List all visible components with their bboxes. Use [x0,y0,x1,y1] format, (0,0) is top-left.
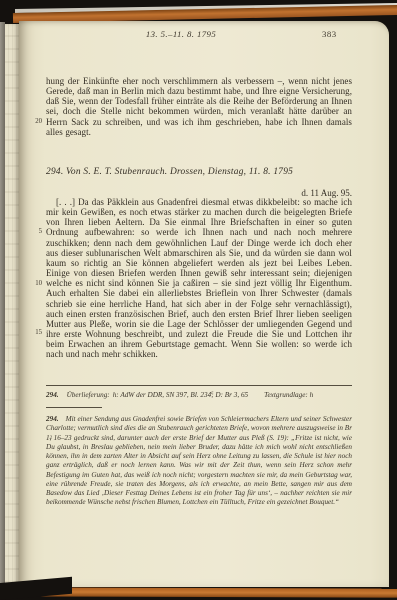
apparatus-folio-superscript: r [211,391,213,396]
footnote-edition-superscript: 2 [50,434,53,443]
letter-heading: 294. Von S. E. T. Stubenrauch. Drossen, … [46,167,352,177]
apparatus-textgrundlage: Textgrundlage: h [264,391,313,399]
editorial-footnote: 294.Mit einer Sendung aus Gnadenfrei sow… [46,415,352,508]
margin-line-number-10: 10 [25,280,42,287]
page-block-edges-left [5,24,19,583]
book-page: 13. 5.–11. 8. 1795 383 20 hung der Einkü… [19,21,389,587]
footnote-text-continued: , 16–23 gedruckt sind, darunter auch der… [46,434,352,507]
apparatus-source: h: AdW der DDR, SN 397, Bl. 234 [113,391,212,399]
margin-line-number-5: 5 [25,228,42,235]
footnote-letter-number: 294. [46,415,59,423]
apparatus-letter-number: 294. [46,391,59,399]
book-photo-scene: { "book_page": { "running_header": "13. … [0,0,397,600]
apparatus-label: Überlieferung: [67,391,110,399]
margin-line-number-15: 15 [25,329,42,336]
page-number: 383 [322,29,337,39]
letter-continuation-paragraph: hung der Einkünfte eher noch verschlimme… [46,76,352,137]
apparatus-ueberlieferung-line: 294.Überlieferung:h: AdW der DDR, SN 397… [46,391,366,399]
letter-body-text: [. . .] Da das Päkklein aus Gnadenfrei d… [46,197,352,360]
margin-line-number-20: 20 [25,118,42,125]
footnote-divider-rule [46,407,102,408]
apparatus-source-continued: ; D: Br 3, 65 [211,391,248,399]
apparatus-divider-rule [46,385,352,386]
running-header: 13. 5.–11. 8. 1795 [46,29,316,39]
